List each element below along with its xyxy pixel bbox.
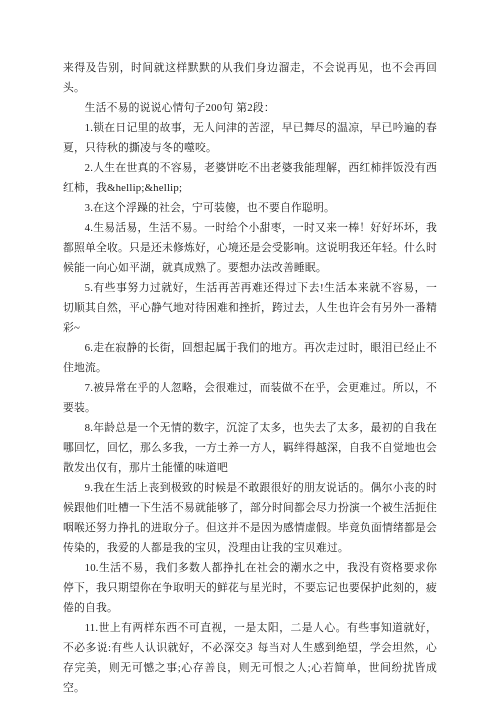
list-item-4: 4.生易活易，生活不易。一时给个小甜枣，一时又来一棒！好好坏坏，我都照单全收。只… — [63, 218, 437, 278]
list-item-6: 6.走在寂静的长街，回想起属于我们的地方。再次走过时，眼泪已经止不住地流。 — [63, 338, 437, 378]
list-item-7: 7.被异常在乎的人忽略，会很难过，而装做不在乎，会更难过。所以，不要装。 — [63, 378, 437, 418]
page-number: 3 — [0, 641, 500, 655]
section-heading: 生活不易的说说心情句子200句 第2段： — [63, 98, 437, 118]
document-page: 来得及告别，时间就这样默默的从我们身边溜走，不会说再见，也不会再回头。 生活不易… — [0, 0, 500, 707]
list-item-1: 1.锁在日记里的故事，无人问津的苦涩，早已舞尽的温凉，早已吟遍的春夏，只待秋的撕… — [63, 118, 437, 158]
list-item-8: 8.年龄总是一个无情的数字，沉淀了太多，也失去了太多，最初的自我在哪回忆，回忆，… — [63, 418, 437, 478]
list-item-11: 11.世上有两样东西不可直视，一是太阳，二是人心。有些事知道就好，不必多说:有些… — [63, 618, 437, 698]
list-item-2: 2.人生在世真的不容易，老婆饼吃不出老婆我能理解，西红柿拌饭没有西红柿，我&he… — [63, 158, 437, 198]
list-item-5: 5.有些事努力过就好，生活再苦再难还得过下去!生活本来就不容易，一切顺其自然，平… — [63, 278, 437, 338]
list-item-10: 10.生活不易，我们多数人都挣扎在社会的潮水之中，我没有资格要求你停下，我只期望… — [63, 558, 437, 618]
list-item-3: 3.在这个浮躁的社会，宁可装傻，也不要自作聪明。 — [63, 198, 437, 218]
list-item-9: 9.我在生活上丧到极致的时候是不敢跟很好的朋友说话的。偶尔小丧的时候跟他们吐槽一… — [63, 478, 437, 558]
paragraph-continuation: 来得及告别，时间就这样默默的从我们身边溜走，不会说再见，也不会再回头。 — [63, 58, 437, 98]
